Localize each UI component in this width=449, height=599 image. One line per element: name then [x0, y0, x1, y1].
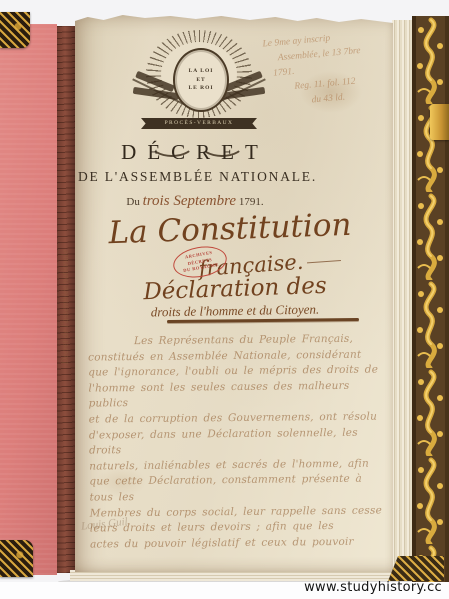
constitution-title: La Constitution: [84, 206, 375, 252]
page-stack-edges: [392, 20, 413, 576]
body-line: l'homme sont les seules causes des malhe…: [88, 378, 382, 412]
date-line: Du trois Septembre 1791.: [75, 193, 315, 210]
gilt-corner-bottom-left: [0, 540, 33, 577]
horizontal-rule: [167, 318, 359, 323]
motto-medallion: LA LOI ET LE ROI: [173, 48, 229, 112]
date-prefix: Du: [126, 196, 139, 208]
gilt-clasp: [430, 104, 449, 140]
manuscript-page: LA LOI ET LE ROI PROCÈS-VERBAUX Le 9me a…: [75, 14, 393, 572]
pink-book-cover: [0, 24, 57, 575]
assembly-emblem: LA LOI ET LE ROI PROCÈS-VERBAUX: [133, 30, 265, 150]
motto-line: LA LOI: [189, 67, 214, 76]
motto-line: LE ROI: [188, 84, 213, 93]
decret-title: DÉCRET: [75, 140, 315, 165]
assemblee-subtitle: DE L'ASSEMBLÉE NATIONALE.: [75, 169, 320, 185]
body-line: d'exposer, dans une Déclaration solennel…: [89, 425, 383, 459]
flourish-line: [307, 260, 341, 263]
proces-verbaux-banner: PROCÈS-VERBAUX: [141, 118, 257, 129]
preamble-body: Les Représentans du Peuple Français, con…: [88, 331, 384, 552]
archival-registration-note: Le 9me ay inscrip Assemblée, le 13 7bre …: [262, 27, 392, 113]
motto-line: ET: [196, 76, 205, 85]
body-line: Membres du corps social, leur rappelle s…: [90, 503, 384, 522]
faint-margin-annotation: Décret de l'assemblée nationale: [60, 212, 74, 402]
body-line: actes du pouvoir législatif et ceux du p…: [90, 534, 384, 553]
date-year: 1791.: [239, 196, 264, 208]
body-line: que cette Déclaration, constamment prése…: [89, 472, 383, 506]
gilt-corner-top-left: [0, 12, 30, 48]
gilt-binding-edge: [412, 16, 449, 582]
date-handwritten: trois Septembre: [143, 193, 236, 209]
site-watermark: www.studyhistory.cc: [304, 580, 442, 595]
